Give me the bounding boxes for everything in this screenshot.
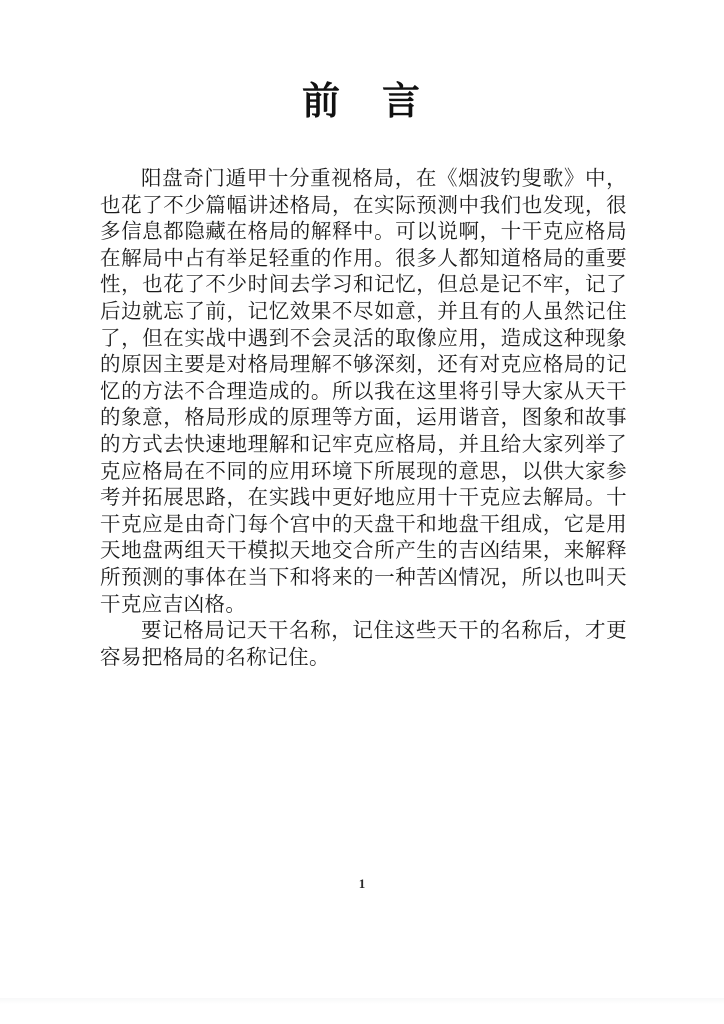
scanned-book-page: 前 言 阳盘奇门遁甲十分重视格局，在《烟波钓叟歌》中，也花了不少篇幅讲述格局，在… bbox=[0, 0, 724, 1024]
preface-body: 阳盘奇门遁甲十分重视格局，在《烟波钓叟歌》中，也花了不少篇幅讲述格局，在实际预测… bbox=[100, 166, 627, 671]
scan-edge-artifact bbox=[0, 998, 724, 1004]
page-number: 1 bbox=[0, 876, 724, 892]
page-title: 前 言 bbox=[0, 70, 724, 125]
preface-paragraph-2: 要记格局记天干名称，记住这些天干的名称后，才更容易把格局的名称记住。 bbox=[100, 618, 627, 671]
preface-paragraph-1: 阳盘奇门遁甲十分重视格局，在《烟波钓叟歌》中，也花了不少篇幅讲述格局，在实际预测… bbox=[100, 166, 627, 618]
